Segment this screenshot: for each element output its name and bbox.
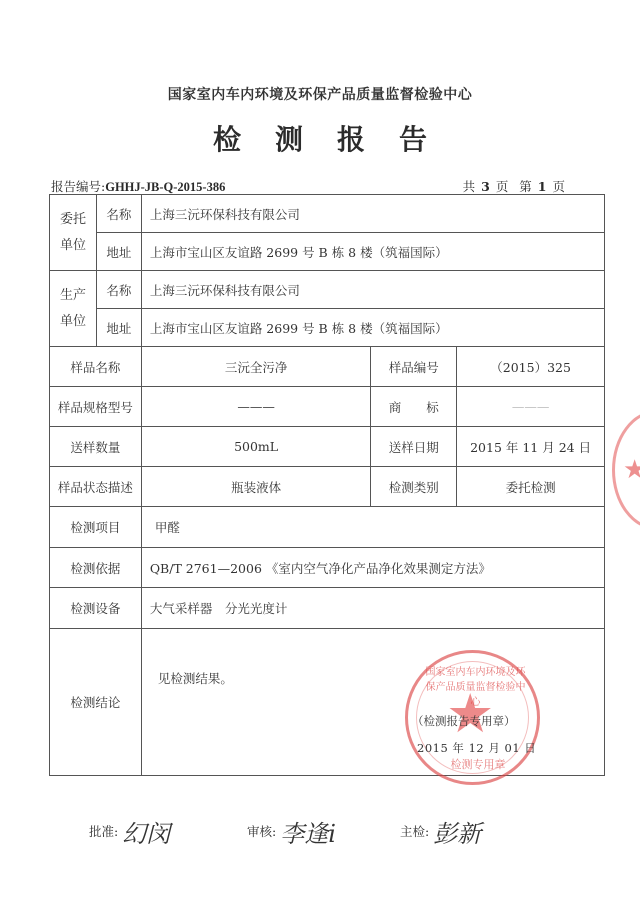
report-number-value: GHHJ-JB-Q-2015-386 — [105, 180, 225, 194]
inspect-signature-mark: 彭新 — [433, 820, 481, 848]
test-basis-label: 检测依据 — [50, 548, 142, 588]
brand-value: ——— — [457, 387, 605, 427]
review-signature-mark: 李逢i — [280, 820, 336, 848]
sample-name-row: 样品名称 三沅全污净 样品编号 （2015）325 — [50, 347, 605, 387]
manufacturer-group-label-2: 单位 — [60, 314, 86, 329]
sample-spec-value: ——— — [141, 387, 371, 427]
page-number: 1 — [538, 179, 548, 194]
client-group-label: 委托 单位 — [50, 195, 97, 271]
sample-quantity-label: 送样数量 — [50, 427, 142, 467]
sample-number-value: （2015）325 — [457, 347, 605, 387]
page-suffix: 页 — [552, 179, 566, 194]
client-name-value: 上海三沅环保科技有限公司 — [141, 195, 604, 233]
test-equipment-label: 检测设备 — [50, 588, 142, 629]
sample-date-value: 2015 年 11 月 24 日 — [457, 427, 605, 467]
edge-seal: ★ — [612, 410, 640, 530]
review-label: 审核: — [247, 824, 276, 839]
page-indicator: 共 3 页 第 1 页 — [463, 177, 566, 195]
manufacturer-address-value: 上海市宝山区友谊路 2699 号 B 栋 8 楼（筑福国际） — [141, 309, 604, 347]
sample-number-label: 样品编号 — [371, 347, 457, 387]
client-group-label-1: 委托 — [60, 212, 86, 227]
inspect-label: 主检: — [400, 824, 429, 839]
brand-label: 商 标 — [371, 387, 457, 427]
page-prefix: 第 — [519, 179, 533, 194]
sample-quantity-row: 送样数量 500mL 送样日期 2015 年 11 月 24 日 — [50, 427, 605, 467]
total-pages-suffix: 页 — [496, 179, 510, 194]
sample-state-row: 样品状态描述 瓶装液体 检测类别 委托检测 — [50, 467, 605, 507]
stamp-note: （检测报告专用章） — [412, 713, 516, 729]
stamp-date: 2015 年 12 月 01 日 — [417, 740, 536, 756]
sample-date-label: 送样日期 — [371, 427, 457, 467]
approve-signature-mark: 幻闵 — [122, 820, 170, 848]
approve-label: 批准: — [89, 824, 118, 839]
page-title: 检测报告 — [0, 118, 640, 158]
client-address-row: 地址 上海市宝山区友谊路 2699 号 B 栋 8 楼（筑福国际） — [50, 233, 605, 271]
test-item-row: 检测项目 甲醛 — [50, 507, 605, 548]
manufacturer-address-label: 地址 — [96, 309, 141, 347]
sample-name-value: 三沅全污净 — [141, 347, 371, 387]
manufacturer-address-row: 地址 上海市宝山区友谊路 2699 号 B 栋 8 楼（筑福国际） — [50, 309, 605, 347]
sample-spec-row: 样品规格型号 ——— 商 标 ——— — [50, 387, 605, 427]
sample-name-label: 样品名称 — [50, 347, 142, 387]
organization-name: 国家室内车内环境及环保产品质量监督检验中心 — [0, 84, 640, 104]
test-basis-value: QB/T 2761—2006 《室内空气净化产品净化效果测定方法》 — [141, 548, 604, 588]
test-category-value: 委托检测 — [457, 467, 605, 507]
report-number: 报告编号:GHHJ-JB-Q-2015-386 — [51, 177, 225, 195]
test-equipment-row: 检测设备 大气采样器 分光光度计 — [50, 588, 605, 629]
client-name-label: 名称 — [96, 195, 141, 233]
sample-spec-label: 样品规格型号 — [50, 387, 142, 427]
test-category-label: 检测类别 — [371, 467, 457, 507]
report-table: 委托 单位 名称 上海三沅环保科技有限公司 地址 上海市宝山区友谊路 2699 … — [49, 194, 605, 776]
test-conclusion-label: 检测结论 — [50, 629, 142, 776]
client-group-label-2: 单位 — [60, 238, 86, 253]
manufacturer-group-label: 生产 单位 — [50, 271, 97, 347]
report-number-label: 报告编号: — [51, 179, 105, 194]
client-name-row: 委托 单位 名称 上海三沅环保科技有限公司 — [50, 195, 605, 233]
sample-quantity-value: 500mL — [141, 427, 371, 467]
test-item-label: 检测项目 — [50, 507, 142, 548]
test-equipment-value: 大气采样器 分光光度计 — [141, 588, 604, 629]
total-pages: 3 — [481, 179, 491, 194]
manufacturer-name-value: 上海三沅环保科技有限公司 — [141, 271, 604, 309]
inspect-signature: 主检:彭新 — [400, 808, 481, 843]
test-item-value: 甲醛 — [141, 507, 604, 548]
client-address-label: 地址 — [96, 233, 141, 271]
manufacturer-name-label: 名称 — [96, 271, 141, 309]
sample-state-value: 瓶装液体 — [141, 467, 371, 507]
review-signature: 审核:李逢i — [247, 808, 336, 843]
approve-signature: 批准:幻闵 — [89, 808, 170, 843]
client-address-value: 上海市宝山区友谊路 2699 号 B 栋 8 楼（筑福国际） — [141, 233, 604, 271]
manufacturer-name-row: 生产 单位 名称 上海三沅环保科技有限公司 — [50, 271, 605, 309]
star-icon: ★ — [623, 455, 640, 485]
total-pages-prefix: 共 — [463, 179, 477, 194]
test-basis-row: 检测依据 QB/T 2761—2006 《室内空气净化产品净化效果测定方法》 — [50, 548, 605, 588]
manufacturer-group-label-1: 生产 — [60, 288, 86, 303]
sample-state-label: 样品状态描述 — [50, 467, 142, 507]
